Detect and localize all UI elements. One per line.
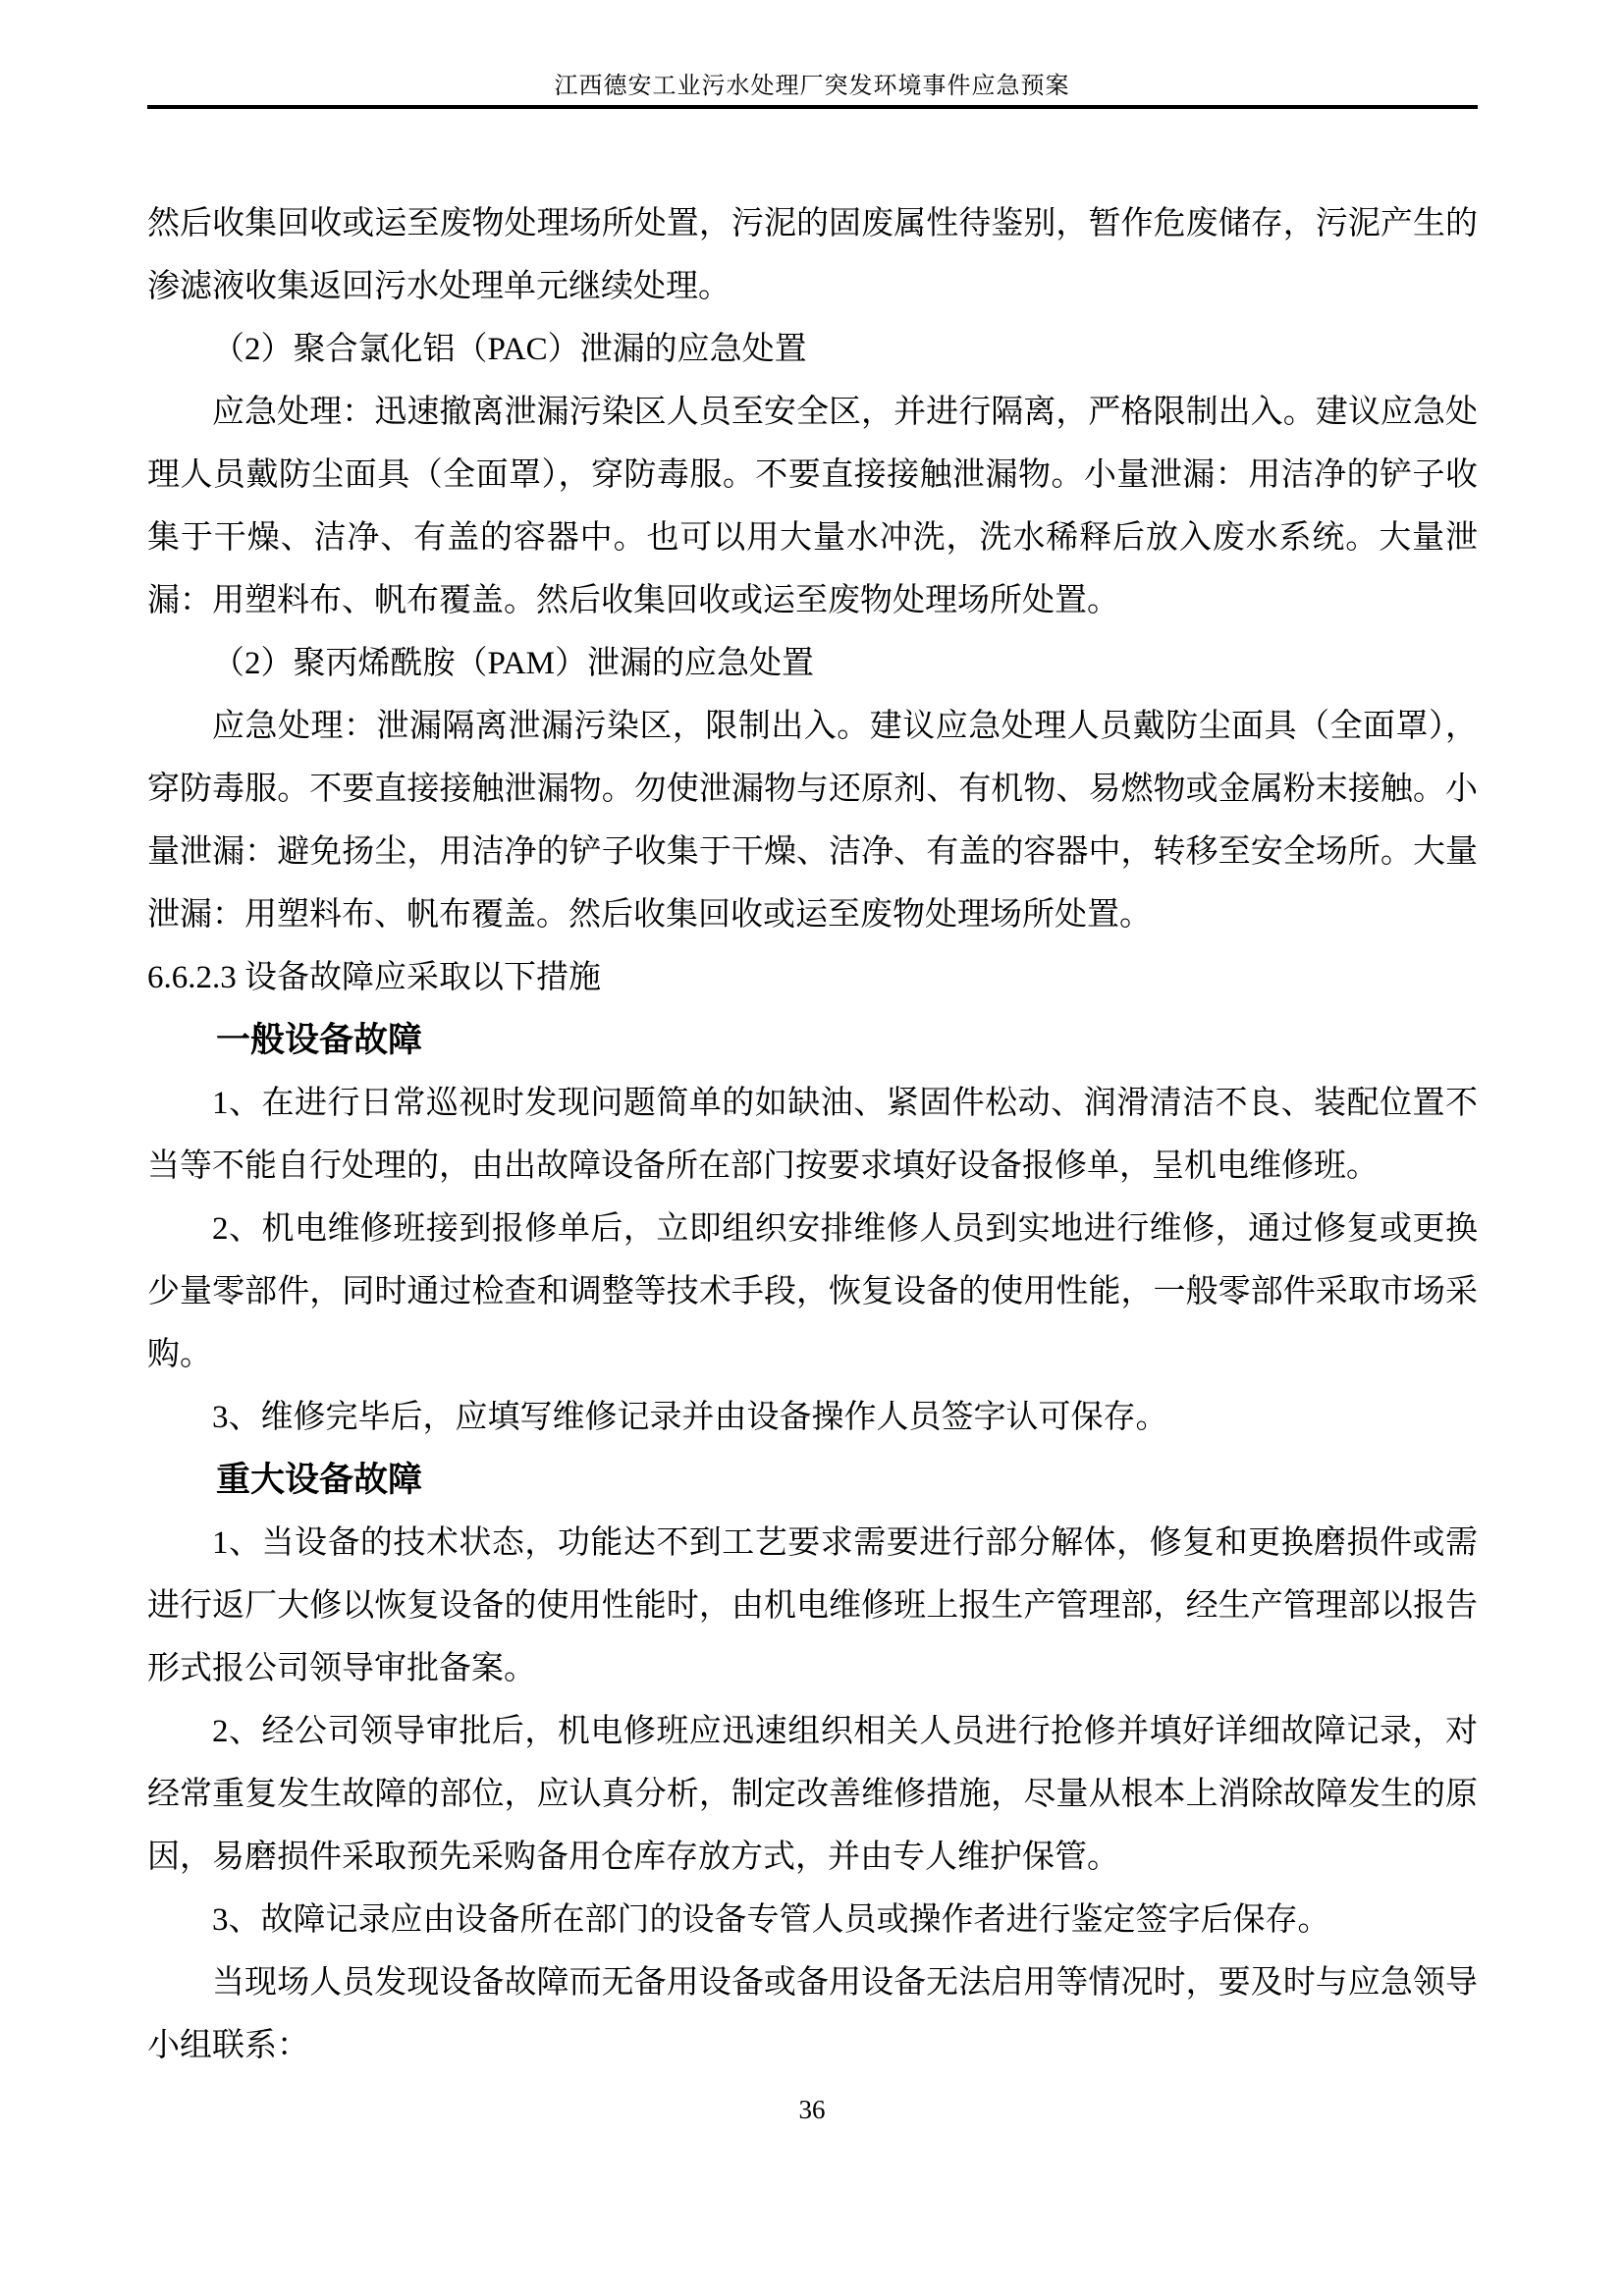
major-fault-step-3: 3、故障记录应由设备所在部门的设备专管人员或操作者进行鉴定签字后保存。 [147,1889,1478,1951]
closing-paragraph: 当现场人员发现设备故障而无备用设备或备用设备无法启用等情况时，要及时与应急领导小… [147,1951,1478,2077]
header-rule [147,105,1478,109]
continued-paragraph: 然后收集回收或运至废物处理场所处置，污泥的固废属性待鉴别，暂作危废储存，污泥产生… [147,192,1478,318]
pam-leak-item-heading: （2）聚丙烯酰胺（PAM）泄漏的应急处置 [147,632,1478,695]
general-fault-step-2: 2、机电维修班接到报修单后，立即组织安排维修人员到实地进行维修，通过修复或更换少… [147,1198,1478,1386]
general-fault-heading: 一般设备故障 [147,1009,1478,1072]
document-body: 然后收集回收或运至废物处理场所处置，污泥的固废属性待鉴别，暂作危废储存，污泥产生… [147,192,1478,2077]
pac-emergency-paragraph: 应急处理：迅速撤离泄漏污染区人员至安全区，并进行隔离，严格限制出入。建议应急处理… [147,381,1478,632]
pac-leak-item-heading: （2）聚合氯化铝（PAC）泄漏的应急处置 [147,318,1478,381]
major-fault-step-1: 1、当设备的技术状态，功能达不到工艺要求需要进行部分解体，修复和更换磨损件或需进… [147,1512,1478,1700]
section-6-6-2-3-heading: 6.6.2.3 设备故障应采取以下措施 [147,946,1478,1009]
document-page: 江西德安工业污水处理厂突发环境事件应急预案 然后收集回收或运至废物处理场所处置，… [0,0,1624,2296]
general-fault-step-1: 1、在进行日常巡视时发现问题简单的如缺油、紧固件松动、润滑清洁不良、装配位置不当… [147,1072,1478,1198]
page-number: 36 [0,2094,1624,2125]
major-fault-step-2: 2、经公司领导审批后，机电修班应迅速组织相关人员进行抢修并填好详细故障记录，对经… [147,1700,1478,1889]
pam-emergency-paragraph: 应急处理：泄漏隔离泄漏污染区，限制出入。建议应急处理人员戴防尘面具（全面罩），穿… [147,695,1478,946]
general-fault-step-3: 3、维修完毕后，应填写维修记录并由设备操作人员签字认可保存。 [147,1386,1478,1449]
page-header-title: 江西德安工业污水处理厂突发环境事件应急预案 [0,73,1624,100]
major-fault-heading: 重大设备故障 [147,1449,1478,1512]
